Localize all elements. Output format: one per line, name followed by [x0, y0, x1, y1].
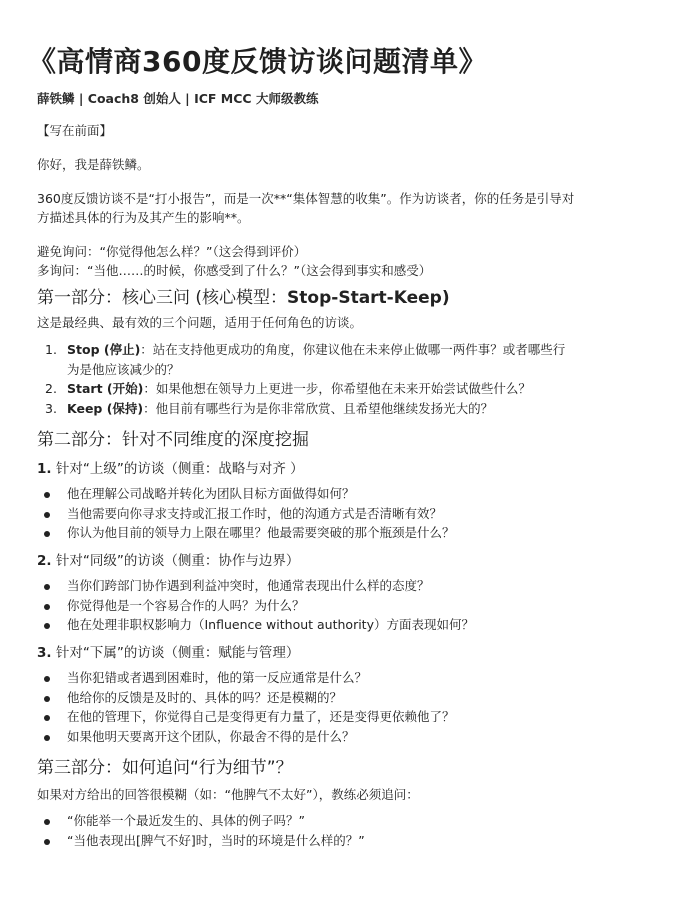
list-item-keep: 3. Keep (保持)：他目前有哪些行为是你非常欣赏、且希望他继续发扬光大的？: [0, 399, 565, 419]
item-text: “你能举一个最近发生的、具体的例子吗？”: [67, 813, 305, 828]
list-item-stop-continued: 为是他应该减少的？: [0, 360, 565, 380]
superior-questions-list: 他在理解公司战略并转化为团队目标方面做得如何？ 当他需要向你寻求支持或汇报工作时…: [0, 484, 455, 543]
item-text: 当他需要向你寻求支持或汇报工作时，他的沟通方式是否清晰有效？: [67, 506, 442, 521]
bullet-icon: [44, 676, 50, 682]
part3-intro: 如果对方给出的回答很模糊（如：“他脾气不太好”），教练必须追问：: [37, 785, 419, 804]
group-title: 针对“同级”的访谈（侧重：协作与边界）: [56, 553, 300, 569]
item-text: 他在理解公司战略并转化为团队目标方面做得如何？: [67, 486, 355, 501]
item-label: Keep (保持): [67, 401, 143, 416]
part1-heading-text: 第一部分：核心三问 (核心模型：: [37, 288, 287, 308]
group-title: 针对“上级”的访谈（侧重：战略与对齐 ）: [56, 461, 304, 477]
list-item: 当他需要向你寻求支持或汇报工作时，他的沟通方式是否清晰有效？: [0, 504, 455, 524]
group-title: 针对“下属”的访谈（侧重：赋能与管理）: [56, 645, 300, 661]
group-number: 3.: [37, 645, 52, 661]
greeting: 你好，我是薛铁鳞。: [37, 155, 150, 174]
item-text: ：站在支持他更成功的角度，你建议他在未来停止做哪一两件事？或者哪些行: [140, 342, 565, 357]
item-text: 当你犯错或者遇到困难时，他的第一反应通常是什么？: [67, 670, 367, 685]
list-number: 3.: [45, 399, 57, 419]
bullet-icon: [44, 819, 50, 825]
list-item: 当你们跨部门协作遇到利益冲突时，他通常表现出什么样的态度？: [0, 576, 474, 596]
item-text: 你认为他目前的领导力上限在哪里？他最需要突破的那个瓶颈是什么？: [67, 525, 455, 540]
list-item: 当你犯错或者遇到困难时，他的第一反应通常是什么？: [0, 668, 455, 688]
item-label: Stop (停止): [67, 342, 140, 357]
group-number: 2.: [37, 553, 52, 569]
item-text: “当他表现出[脾气不好]时，当时的环境是什么样的？”: [67, 833, 365, 848]
prefer-question: 多询问：“当他……的时候，你感受到了什么？”（这会得到事实和感受）: [37, 261, 431, 280]
list-item-start: 2. Start (开始)：如果他想在领导力上更进一步，你希望他在未来开始尝试做…: [0, 379, 565, 399]
list-item: 他在处理非职权影响力（Influence without authority）方…: [0, 615, 474, 635]
peer-questions-list: 当你们跨部门协作遇到利益冲突时，他通常表现出什么样的态度？ 你觉得他是一个容易合…: [0, 576, 474, 635]
part1-heading: 第一部分：核心三问 (核心模型：Stop-Start-Keep): [37, 283, 450, 308]
list-item-stop: 1. Stop (停止)：站在支持他更成功的角度，你建议他在未来停止做哪一两件事…: [0, 340, 565, 360]
item-text: 他在处理非职权影响力（Influence without authority）方…: [67, 617, 474, 632]
bullet-icon: [44, 735, 50, 741]
list-item: “你能举一个最近发生的、具体的例子吗？”: [0, 811, 365, 831]
list-item: 在他的管理下，你觉得自己是变得更有力量了，还是变得更依赖他了？: [0, 707, 455, 727]
list-item: 他在理解公司战略并转化为团队目标方面做得如何？: [0, 484, 455, 504]
list-item: 你认为他目前的领导力上限在哪里？他最需要突破的那个瓶颈是什么？: [0, 523, 455, 543]
item-text: 他给你的反馈是及时的、具体的吗？还是模糊的？: [67, 690, 342, 705]
part1-intro: 这是最经典、最有效的三个问题，适用于任何角色的访谈。: [37, 313, 362, 332]
group-number: 1.: [37, 461, 52, 477]
bullet-icon: [44, 512, 50, 518]
followup-questions-list: “你能举一个最近发生的、具体的例子吗？” “当他表现出[脾气不好]时，当时的环境…: [0, 811, 365, 850]
avoid-question: 避免询问：“你觉得他怎么样？”（这会得到评价）: [37, 242, 306, 261]
item-label: Start (开始): [67, 381, 143, 396]
bullet-icon: [44, 584, 50, 590]
bullet-icon: [44, 492, 50, 498]
bullet-icon: [44, 623, 50, 629]
item-text: 如果他明天要离开这个团队，你最舍不得的是什么？: [67, 729, 355, 744]
part1-heading-model: Stop-Start-Keep): [287, 288, 450, 308]
part2-heading: 第二部分：针对不同维度的深度挖掘: [37, 425, 309, 450]
group-peer-heading: 2. 针对“同级”的访谈（侧重：协作与边界）: [37, 549, 299, 569]
bullet-icon: [44, 839, 50, 845]
list-item: “当他表现出[脾气不好]时，当时的环境是什么样的？”: [0, 831, 365, 851]
list-number: 1.: [45, 340, 57, 360]
bullet-icon: [44, 531, 50, 537]
bullet-icon: [44, 604, 50, 610]
intro-line-2: 方描述具体的行为及其产生的影响**。: [37, 208, 250, 227]
item-text: ：如果他想在领导力上更进一步，你希望他在未来开始尝试做些什么？: [143, 381, 531, 396]
core-questions-list: 1. Stop (停止)：站在支持他更成功的角度，你建议他在未来停止做哪一两件事…: [0, 340, 565, 418]
document-title: 《高情商360度反馈访谈问题清单》: [28, 40, 487, 80]
item-text: ：他目前有哪些行为是你非常欣赏、且希望他继续发扬光大的？: [143, 401, 493, 416]
subordinate-questions-list: 当你犯错或者遇到困难时，他的第一反应通常是什么？ 他给你的反馈是及时的、具体的吗…: [0, 668, 455, 746]
bullet-icon: [44, 715, 50, 721]
list-item: 他给你的反馈是及时的、具体的吗？还是模糊的？: [0, 688, 455, 708]
intro-line-1: 360度反馈访谈不是“打小报告”，而是一次**“集体智慧的收集”。作为访谈者，你…: [37, 189, 574, 208]
list-item: 如果他明天要离开这个团队，你最舍不得的是什么？: [0, 727, 455, 747]
item-text: 你觉得他是一个容易合作的人吗？为什么？: [67, 598, 305, 613]
item-text: 在他的管理下，你觉得自己是变得更有力量了，还是变得更依赖他了？: [67, 709, 455, 724]
list-item: 你觉得他是一个容易合作的人吗？为什么？: [0, 596, 474, 616]
author-byline: 薛铁鳞 | Coach8 创始人 | ICF MCC 大师级教练: [37, 89, 318, 107]
item-text: 为是他应该减少的？: [67, 362, 180, 377]
item-text: 当你们跨部门协作遇到利益冲突时，他通常表现出什么样的态度？: [67, 578, 430, 593]
group-superior-heading: 1. 针对“上级”的访谈（侧重：战略与对齐 ）: [37, 457, 304, 477]
preface-label: 【写在前面】: [37, 121, 112, 140]
group-subordinate-heading: 3. 针对“下属”的访谈（侧重：赋能与管理）: [37, 641, 299, 661]
bullet-icon: [44, 696, 50, 702]
list-number: 2.: [45, 379, 57, 399]
part3-heading: 第三部分：如何追问“行为细节”？: [37, 753, 293, 778]
